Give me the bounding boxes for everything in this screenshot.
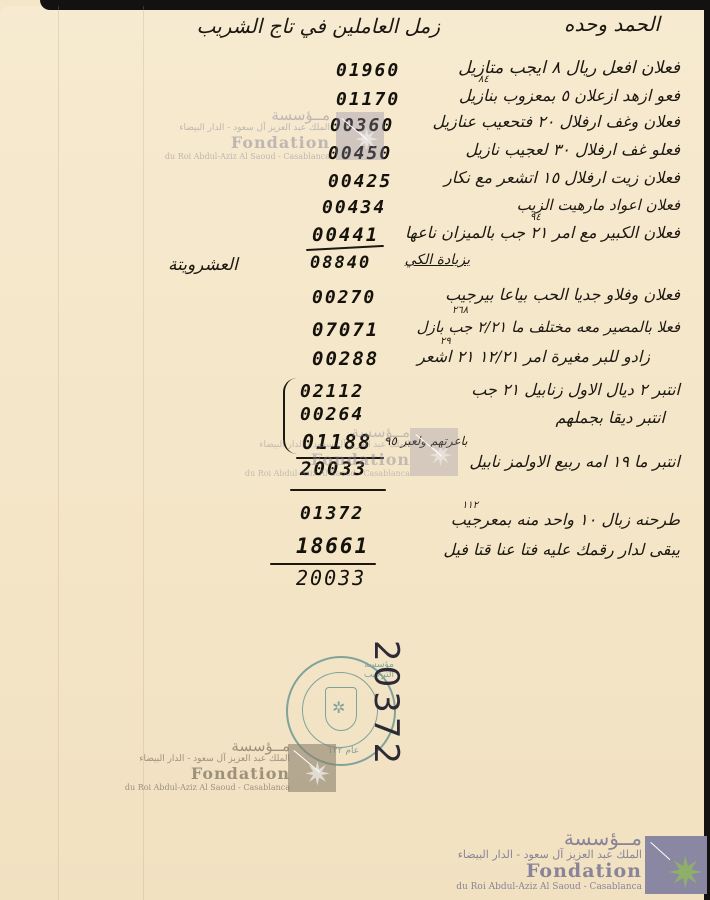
- star-icon: ✷: [304, 758, 331, 790]
- ledger-line-amount: 00288: [312, 348, 379, 370]
- subtotal-label: بزيادة الكي: [405, 252, 470, 268]
- ledger-line-amount: 01960: [336, 60, 400, 81]
- ledger-line-text: فعلان اعواد مارهيت الزيب: [517, 196, 680, 214]
- ledger-line-text: انتبر ديقا بجملهم: [556, 408, 665, 427]
- ledger-line-text: فعلان وفلاو جديا الحب بياعا بيرجيب: [445, 285, 680, 304]
- watermark-text-block: مــؤسسة الملك عبد العزيز آل سعود - الدار…: [245, 424, 410, 479]
- ledger-line-text: يبقى لدار رقمك عليه فتا عنا قتا فيل: [443, 540, 680, 559]
- foundation-logo: ✷: [645, 836, 707, 894]
- ledger-line-amount: 00270: [312, 287, 376, 308]
- ledger-line-amount: 00425: [328, 171, 392, 192]
- star-icon: ✲: [332, 698, 345, 717]
- foundation-logo: ✷: [410, 428, 458, 476]
- ledger-line-text: انتبر ما ١٩ امه ربيع الاولمز نابيل: [469, 452, 680, 471]
- foundation-logo: ✷: [336, 112, 384, 160]
- star-icon: ✷: [428, 442, 453, 472]
- ledger-line-text: فعو ازهد ازعلان ٥ بمعزوب بنازيل: [459, 86, 680, 105]
- ledger-line-text: طرحنه زبال ١٠ واحد منه بمعرجيب: [451, 510, 680, 529]
- ledger-line-text: فعلو غف ارفلال ٣٠ لعجيب نازيل: [465, 140, 680, 159]
- ledger-line-note: ١١٢: [462, 500, 478, 511]
- subtotal-side-note: العشرويتة: [168, 255, 238, 275]
- ledger-line-amount: 00264: [300, 404, 364, 425]
- ledger-line-text: انتبر ٢ ديال الاول زنابيل ٢١ جب: [471, 380, 680, 399]
- ledger-line-amount: 18661: [296, 534, 369, 558]
- foundation-logo: ✷: [288, 744, 336, 792]
- torn-right-edge: [704, 0, 710, 900]
- archive-number: 20372: [366, 640, 406, 768]
- ledger-line-text: زادو للبر مغيرة امر ١٢/٢١ ٢١ اشعر: [417, 347, 650, 366]
- torn-top-edge: [40, 0, 710, 10]
- ledger-line-text: فعلان زيت ارفلال ١٥ اتشعر مع نكار: [444, 168, 680, 187]
- ledger-line-amount: 00441: [312, 224, 379, 246]
- total-rule: [290, 489, 386, 491]
- shield-icon: ✲: [325, 687, 357, 731]
- ledger-line-text: فعلان الكبير مع امر ٢١ جب بالميزان ناعها: [405, 223, 680, 242]
- ledger-line-amount: 01170: [336, 89, 400, 110]
- star-icon: ✷: [667, 852, 704, 894]
- ledger-line-note: ٩٤: [530, 212, 541, 223]
- ledger-line-note: ٢٩: [440, 336, 451, 347]
- subtotal-amount: 08840: [310, 253, 371, 273]
- ledger-line-text: فعلان افعل ريال ٨ ايجب متازيل: [458, 58, 680, 78]
- ledger-line-amount: 00434: [322, 197, 386, 218]
- ledger-line-amount: 01372: [300, 503, 364, 524]
- ledger-line-amount: 02112: [300, 381, 364, 402]
- paper-fold-line: [58, 6, 59, 900]
- final-total-amount: 20033: [296, 566, 366, 590]
- document-title: زمل العاملين في تاج الشريب: [197, 14, 440, 38]
- ledger-line-note: ٢٦٨: [452, 305, 468, 316]
- total-rule: [270, 563, 376, 565]
- ledger-line-note: ٨٤: [478, 74, 489, 85]
- ledger-line-text: فعلان وغف ارفلال ٢٠ فتحعيب عنازيل: [432, 112, 680, 131]
- header-invocation: الحمد وحده: [564, 12, 660, 36]
- watermark-text-block: مــؤسسة الملك عبد العزيز آل سعود - الدار…: [165, 107, 330, 162]
- watermark-text-block: مــؤسسة الملك عبد العزيز آل سعود - الدار…: [456, 828, 642, 893]
- star-icon: ✷: [354, 126, 379, 156]
- ledger-line-amount: 07071: [312, 319, 379, 341]
- watermark-text-block: مــؤسسة الملك عبد العزيز آل سعود - الدار…: [125, 738, 290, 793]
- ledger-line-text: فعلا بالمصير معه مختلف ما ٢/٢١ جب بازل: [417, 318, 680, 336]
